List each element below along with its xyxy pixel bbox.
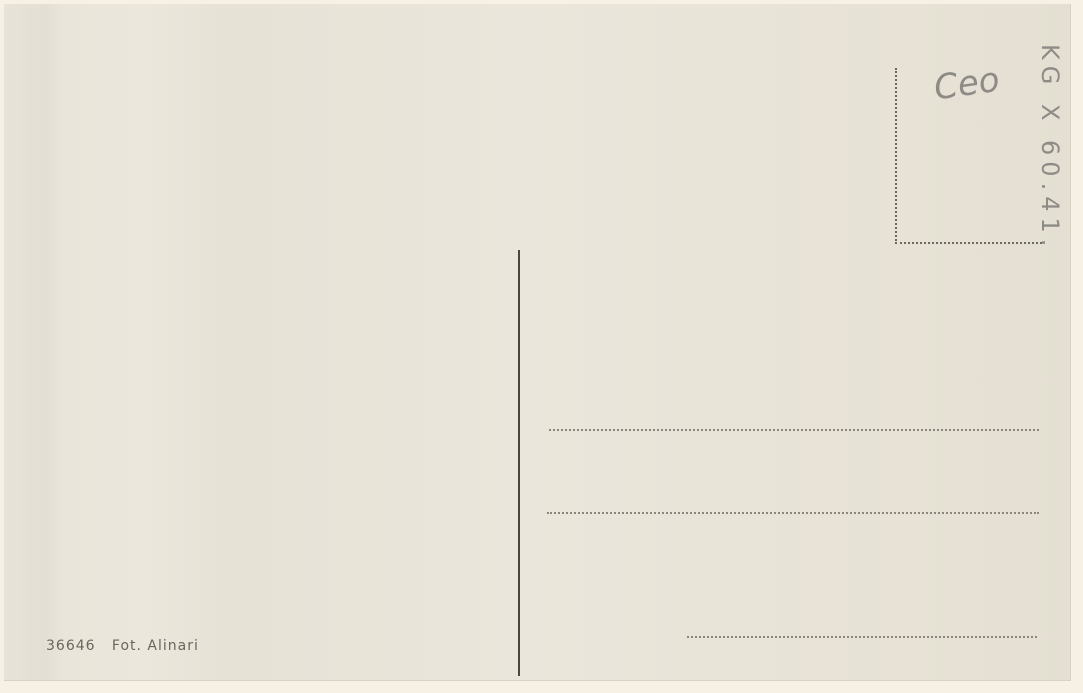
center-divider-line [518,250,520,676]
photo-caption: 36646 Fot. Alinari [46,638,199,654]
address-line-3 [687,636,1037,638]
address-line-2 [547,512,1039,514]
catalog-number: 36646 [46,638,96,654]
address-line-1 [549,429,1039,431]
pencil-note-margin: KG X 60.41. [1034,44,1064,252]
postcard-back: 36646 Fot. Alinari Ceo KG X 60.41. [4,4,1071,681]
photographer-credit: Fot. Alinari [112,638,199,654]
